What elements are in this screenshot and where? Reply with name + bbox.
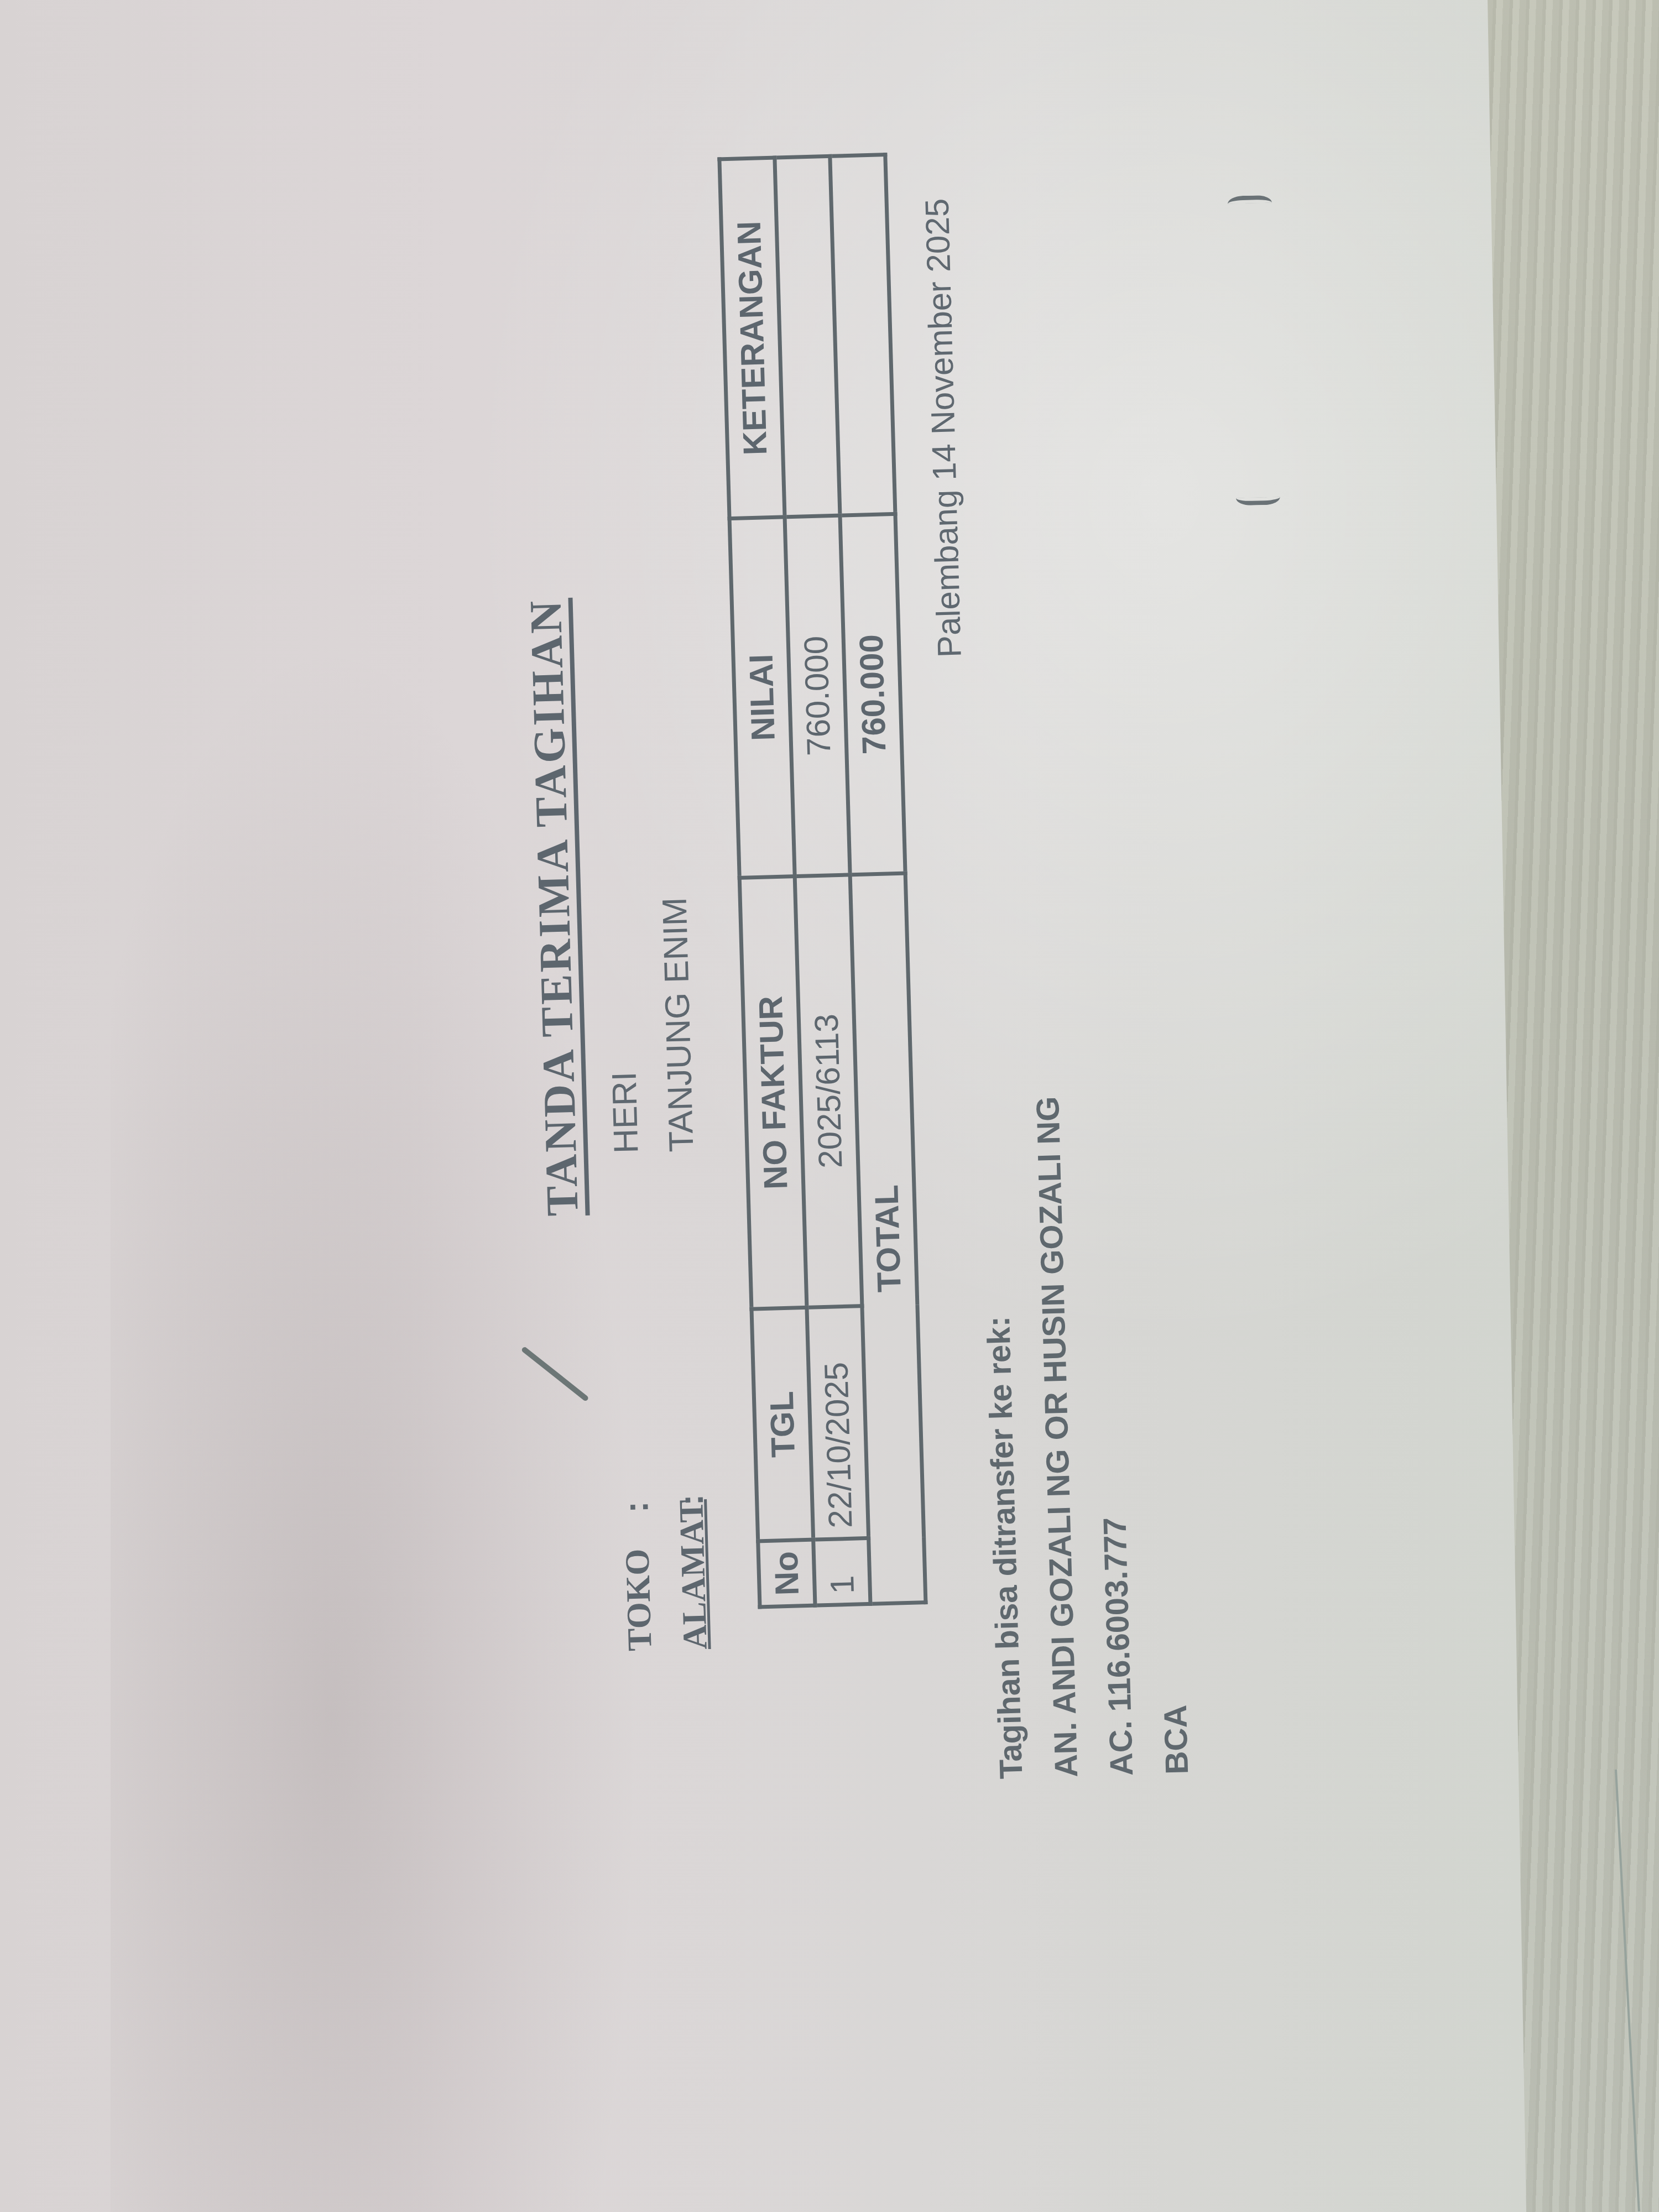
invoice-table: No TGL NO FAKTUR NILAI KETERANGAN 1 22/1… xyxy=(717,153,927,1609)
column-header-amount: NILAI xyxy=(729,517,795,878)
store-value: HERI xyxy=(604,1071,646,1154)
address-label: ALAMAT xyxy=(672,1505,715,1650)
cell-date: 22/10/2025 xyxy=(807,1306,869,1540)
signature-area xyxy=(1228,195,1292,506)
signature-close-bracket-icon xyxy=(1228,195,1272,204)
total-notes xyxy=(830,155,895,516)
column-header-notes: KETERANGAN xyxy=(719,158,785,519)
column-header-no: No xyxy=(758,1540,815,1607)
receipt-document: TANDA TERIMA TAGIHAN TOKO : HERI ALAMAT … xyxy=(505,56,1520,1797)
cell-notes xyxy=(775,156,840,517)
store-colon: : xyxy=(617,1501,656,1514)
cell-no: 1 xyxy=(813,1538,870,1605)
signature-open-bracket-icon xyxy=(1236,497,1280,505)
total-amount: 760.000 xyxy=(840,514,905,875)
address-colon: : xyxy=(672,1494,712,1506)
cell-amount: 760.000 xyxy=(785,515,850,877)
store-label: TOKO xyxy=(617,1507,660,1652)
address-value: TANJUNG ENIM xyxy=(655,897,702,1152)
column-header-date: TGL xyxy=(752,1307,813,1541)
place-and-date: Palembang 14 November 2025 xyxy=(918,198,969,658)
payment-instructions: Tagihan bisa ditransfer ke rek: AN. ANDI… xyxy=(965,1093,1205,1780)
